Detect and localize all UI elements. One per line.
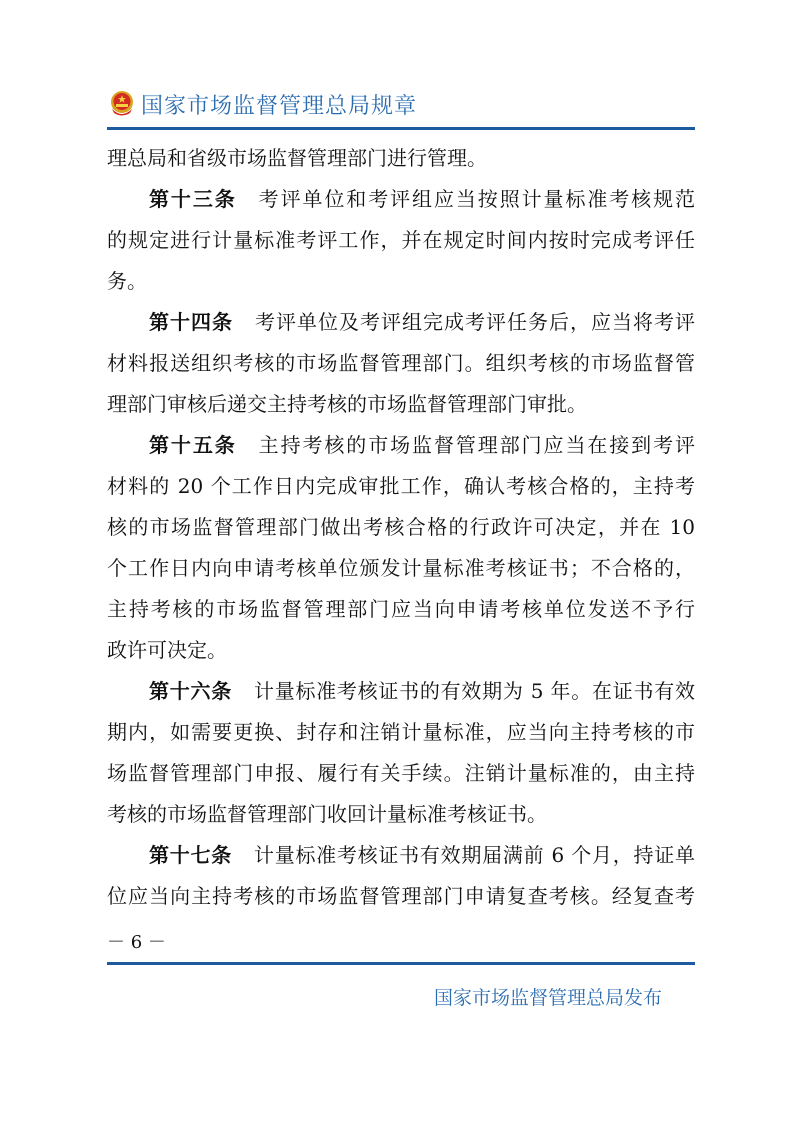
article-text: 的规定进行计量标准考评工作，并在规定时间内按时完成考评任 [107,220,695,261]
footer-publisher: 国家市场监督管理总局发布 [434,983,662,1010]
article-15: 第十五条主持考核的市场监督管理部门应当在接到考评 材料的 20 个工作日内完成审… [107,425,695,671]
article-text: 个工作日内向申请考核单位颁发计量标准考核证书；不合格的， [107,548,695,589]
article-label: 第十七条 [149,843,232,867]
continuation-line: 理总局和省级市场监督管理部门进行管理。 [107,138,695,179]
article-text: 考评单位及考评组完成考评任务后，应当将考评 [255,310,695,334]
article-text: 务。 [107,261,695,302]
article-label: 第十六条 [149,679,232,703]
article-text: 材料的 20 个工作日内完成审批工作，确认考核合格的，主持考 [107,466,695,507]
article-text: 期内，如需要更换、封存和注销计量标准，应当向主持考核的市 [107,712,695,753]
article-17: 第十七条计量标准考核证书有效期届满前 6 个月，持证单 位应当向主持考核的市场监… [107,835,695,917]
article-label: 第十五条 [149,433,237,457]
footer-rule [107,962,695,965]
article-text: 考评单位和考评组应当按照计量标准考核规范 [259,187,695,211]
page-header: 国家市场监督管理总局规章 [107,87,417,121]
article-text: 政许可决定。 [107,630,695,671]
article-text: 核的市场监督管理部门做出考核合格的行政许可决定，并在 10 [107,507,695,548]
article-text: 理部门审核后递交主持考核的市场监督管理部门审批。 [107,384,695,425]
national-emblem-icon [107,89,137,119]
article-label: 第十四条 [149,310,233,334]
article-text: 计量标准考核证书有效期届满前 6 个月，持证单 [254,843,695,867]
header-rule [107,127,695,130]
article-label: 第十三条 [149,187,237,211]
article-13: 第十三条考评单位和考评组应当按照计量标准考核规范 的规定进行计量标准考评工作，并… [107,179,695,302]
header-title: 国家市场监督管理总局规章 [141,89,417,120]
document-body: 理总局和省级市场监督管理部门进行管理。 第十三条考评单位和考评组应当按照计量标准… [107,138,695,917]
article-text: 计量标准考核证书的有效期为 5 年。在证书有效 [254,679,695,703]
article-text: 材料报送组织考核的市场监督管理部门。组织考核的市场监督管 [107,343,695,384]
article-14: 第十四条考评单位及考评组完成考评任务后，应当将考评 材料报送组织考核的市场监督管… [107,302,695,425]
article-text: 考核的市场监督管理部门收回计量标准考核证书。 [107,794,695,835]
article-text: 位应当向主持考核的市场监督管理部门申请复查考核。经复查考 [107,876,695,917]
article-text: 主持考核的市场监督管理部门应当在接到考评 [259,433,695,457]
page-number: － 6 － [107,928,166,954]
article-16: 第十六条计量标准考核证书的有效期为 5 年。在证书有效 期内，如需要更换、封存和… [107,671,695,835]
article-text: 场监督管理部门申报、履行有关手续。注销计量标准的，由主持 [107,753,695,794]
article-text: 主持考核的市场监督管理部门应当向申请考核单位发送不予行 [107,589,695,630]
